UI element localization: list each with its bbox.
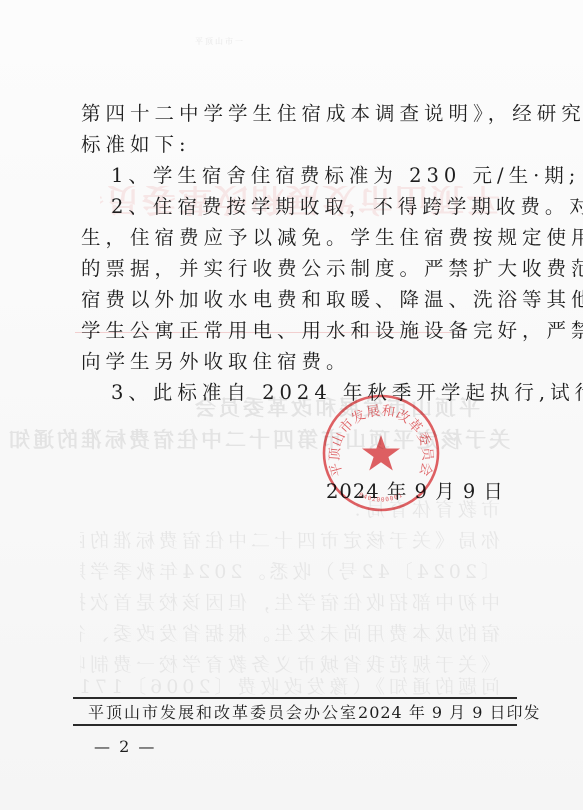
bleed-through-title-2: 关于核定平顶山市第四十二中住宿费标准的通知 <box>90 424 510 454</box>
body-line: 学生公寓正常用电、用水和设施设备完好，严禁在寒暑假期间 <box>81 315 507 346</box>
clause-3: 3、此标准自 2024 年秋季开学起执行,试行期一年。 <box>81 377 507 408</box>
body-line: 标准如下: <box>81 129 507 160</box>
clause-2: 2、住宿费按学期收取，不得跨学期收费。对家庭困难学 <box>81 191 507 222</box>
official-seal: 平顶山市发展和改革委员会 0402000001 <box>321 393 441 513</box>
footer-issuer-row: 平顶山市发展和改革委员会办公室 2024 年 9 月 9 日印发 <box>88 700 508 723</box>
bleed-through-line: 中初中部招收住宿学生，但因该校是首次招收寄宿生，相关住 <box>80 588 500 619</box>
bleed-through-top-mark: 平顶山市一 <box>195 36 275 44</box>
document-page: 平顶山市一 平顶山市发展和改革委员会 平顶山市发展和改革委员会 关于核定平顶山市… <box>0 0 583 810</box>
seal-serial: 0402000001 <box>358 492 405 504</box>
body-line: 宿费以外加收水电费和取暖、降温、洗浴等其他费用，并保证 <box>81 284 507 315</box>
bleed-through-line: 你局《关于核定市四十二中住宿费标准的函》（平教体函 <box>80 526 500 557</box>
issue-date: 2024 年 9 月 9 日印发 <box>358 700 541 723</box>
bleed-through-line: 宿的成本费用尚未发生。根据省发改委、省财政厅、省教育厅 <box>80 619 500 650</box>
body-text: 第四十二中学学生住宿成本调查说明》，经研究，暂定住宿费 标准如下: 1、学生宿舍… <box>81 98 507 408</box>
footer-top-rule <box>73 697 517 699</box>
body-line: 向学生另外收取住宿费。 <box>81 346 507 377</box>
body-line: 第四十二中学学生住宿成本调查说明》，经研究，暂定住宿费 <box>81 98 507 129</box>
issuing-office: 平顶山市发展和改革委员会办公室 <box>88 700 358 723</box>
star-icon <box>362 435 400 471</box>
clause-1: 1、学生宿舍住宿费标准为 230 元/生·期; <box>81 160 507 191</box>
body-line: 的票据，并实行收费公示制度。严禁扩大收费范围，不得在住 <box>81 253 507 284</box>
footer-bottom-rule <box>73 724 517 726</box>
body-line: 生，住宿费应予以减免。学生住宿费按规定使用财政统一印制 <box>81 222 507 253</box>
bleed-through-line: 〔2024〕42号）收悉。2024年秋季学期起，你局增加市四十二 <box>80 557 500 588</box>
page-number: — 2 — <box>94 737 156 756</box>
